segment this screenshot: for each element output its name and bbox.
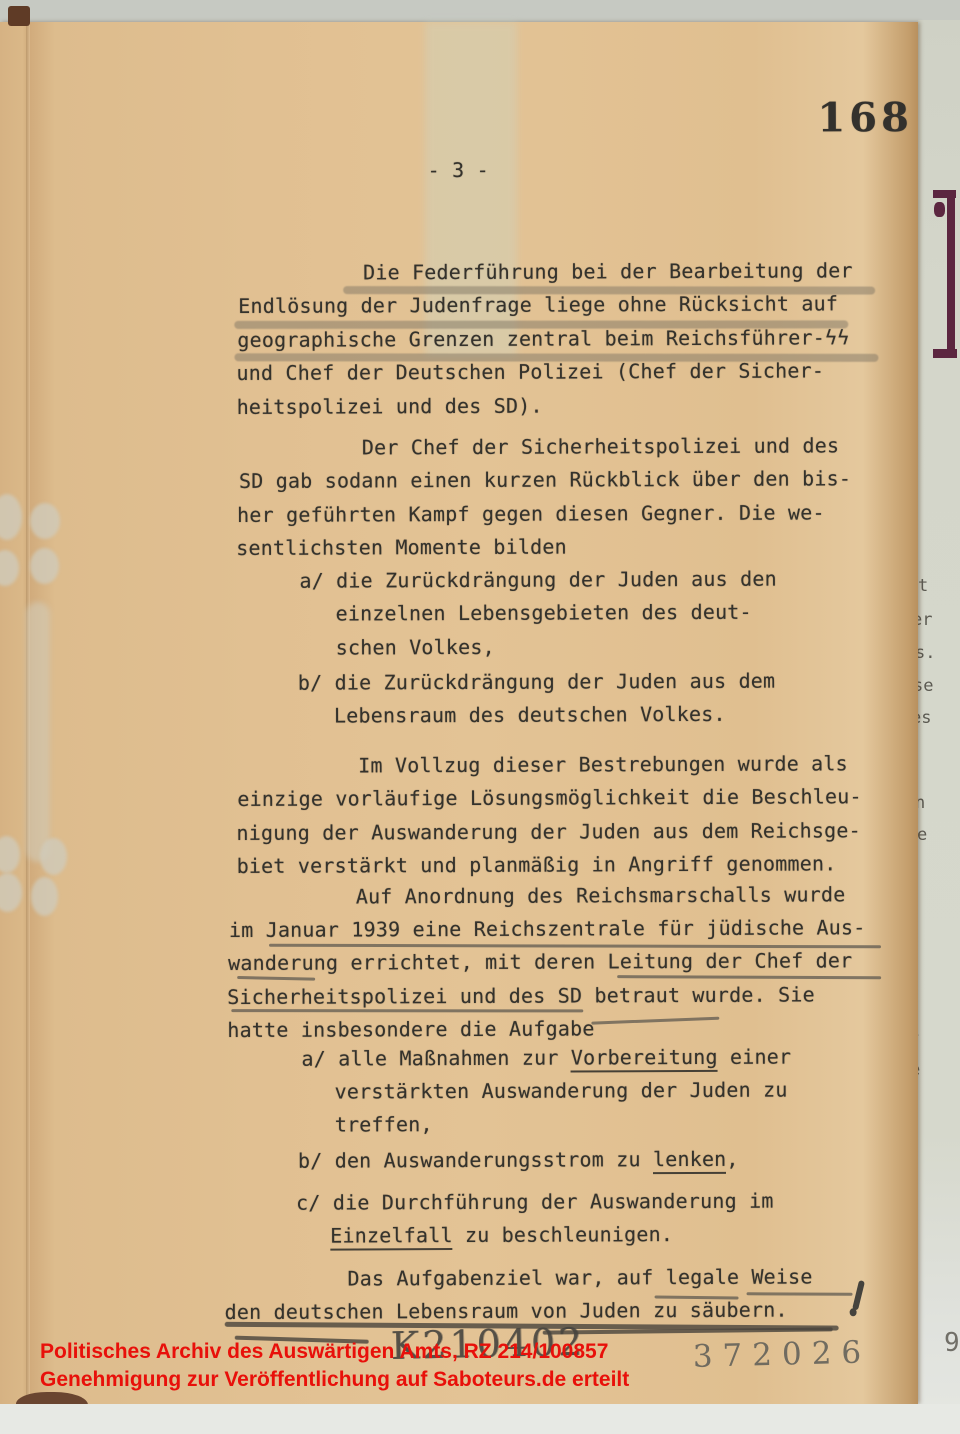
list-item-line: verstärkten Auswanderung der Juden zu bbox=[335, 1080, 788, 1102]
list-item-line: Lebensraum des deutschen Volkes. bbox=[334, 704, 726, 726]
underlined-word: lenken bbox=[653, 1147, 727, 1174]
margin-bracket-mark bbox=[947, 190, 955, 357]
paragraph-line: Der Chef der Sicherheitspolizei und des bbox=[362, 435, 839, 457]
paragraph-line: den deutschen Lebensraum von Juden zu sä… bbox=[225, 1300, 788, 1322]
list-item-line: b/ die Zurückdrängung der Juden aus dem bbox=[298, 671, 775, 693]
pencil-underline bbox=[231, 1009, 583, 1012]
underlined-word: Einzelfall bbox=[330, 1223, 453, 1251]
list-item-line: b/ den Auswanderungsstrom zu lenken, bbox=[298, 1149, 739, 1171]
paragraph-line: biet verstärkt und planmäßig in Angriff … bbox=[237, 853, 837, 876]
archive-page-number: 168 bbox=[817, 94, 913, 141]
book-spine-corner bbox=[8, 6, 30, 26]
paragraph-line: einzige vorläufige Lösungsmöglichkeit di… bbox=[237, 786, 861, 809]
paragraph-line: und Chef der Deutschen Polizei (Chef der… bbox=[236, 360, 824, 383]
list-item-text: zu beschleunigen. bbox=[453, 1222, 673, 1247]
scan-background-strip bbox=[0, 1404, 960, 1434]
archive-watermark-line: Politisches Archiv des Auswärtigen Amts,… bbox=[40, 1340, 608, 1364]
pencil-underline bbox=[747, 1292, 853, 1295]
list-item-line: treffen, bbox=[335, 1114, 433, 1134]
paragraph-line: Die Federführung bei der Bearbeitung der bbox=[363, 260, 853, 282]
list-item-line: a/ alle Maßnahmen zur Vorbereitung einer bbox=[301, 1047, 791, 1069]
margin-bracket-mark bbox=[933, 349, 957, 358]
paragraph-line: geographische Grenzen zentral beim Reich… bbox=[237, 327, 849, 350]
list-item-text: , bbox=[726, 1147, 738, 1171]
pencil-exclamation-mark bbox=[850, 1308, 857, 1316]
pencil-underline bbox=[343, 286, 875, 294]
paragraph-line: wanderung errichtet, mit deren Leitung d… bbox=[228, 950, 852, 973]
bleed-fragment: t bbox=[918, 576, 928, 596]
list-item-text: einer bbox=[718, 1045, 792, 1069]
list-item-line: c/ die Durchführung der Auswanderung im bbox=[296, 1191, 773, 1213]
paragraph-line: Auf Anordnung des Reichsmarschalls wurde bbox=[356, 884, 846, 906]
pencil-underline bbox=[237, 976, 315, 981]
underlined-word: Vorbereitung bbox=[571, 1045, 718, 1073]
pencil-underline bbox=[617, 975, 881, 979]
paragraph-line: SD gab sodann einen kurzen Rückblick übe… bbox=[239, 468, 851, 491]
pencil-underline bbox=[269, 944, 881, 949]
paragraph-line: heitspolizei und des SD). bbox=[237, 396, 543, 417]
list-item-line: Einzelfall zu beschleunigen. bbox=[330, 1224, 673, 1245]
list-item-line: a/ die Zurückdrängung der Juden aus den bbox=[299, 569, 776, 591]
paragraph-line: nigung der Auswanderung der Juden aus de… bbox=[236, 820, 860, 843]
typed-content: 168 - 3 - Die Federführung bei der Bearb… bbox=[0, 20, 921, 1406]
paragraph-line: Endlösung der Judenfrage liege ohne Rück… bbox=[238, 293, 838, 316]
pencil-exclamation-mark bbox=[852, 1280, 865, 1311]
list-item-text: a/ alle Maßnahmen zur bbox=[301, 1046, 570, 1071]
archive-watermark-line: Genehmigung zur Veröffentlichung auf Sab… bbox=[40, 1368, 629, 1392]
list-item-line: einzelnen Lebensgebieten des deut- bbox=[336, 602, 752, 624]
paragraph-line: sentlichsten Momente bilden bbox=[236, 537, 567, 558]
margin-bracket-mark bbox=[934, 202, 945, 217]
bleed-fragment-number: 9 bbox=[944, 1328, 960, 1358]
document-page: 168 - 3 - Die Federführung bei der Bearb… bbox=[0, 22, 918, 1404]
list-item-line: schen Volkes, bbox=[336, 637, 495, 658]
paragraph-line: hatte insbesondere die Aufgabe bbox=[227, 1018, 594, 1040]
paragraph-line: Im Vollzug dieser Bestrebungen wurde als bbox=[358, 753, 848, 775]
paragraph-line: im Januar 1939 eine Reichszentrale für j… bbox=[229, 917, 866, 940]
bleed-fragment: s. bbox=[915, 643, 935, 663]
paragraph-line: Sicherheitspolizei und des SD betraut wu… bbox=[227, 984, 815, 1007]
paragraph-line: her geführten Kampf gegen diesen Gegner.… bbox=[237, 502, 825, 525]
paragraph-line: Das Aufgabenziel war, auf legale Weise bbox=[347, 1266, 812, 1288]
pencil-underline bbox=[591, 1017, 719, 1025]
pencil-underline bbox=[234, 353, 878, 362]
pencil-underline bbox=[234, 320, 848, 329]
list-item-text: b/ den Auswanderungsstrom zu bbox=[298, 1147, 653, 1173]
stamp-number: 372026 bbox=[692, 1334, 871, 1375]
page-number-label: - 3 - bbox=[428, 160, 489, 180]
